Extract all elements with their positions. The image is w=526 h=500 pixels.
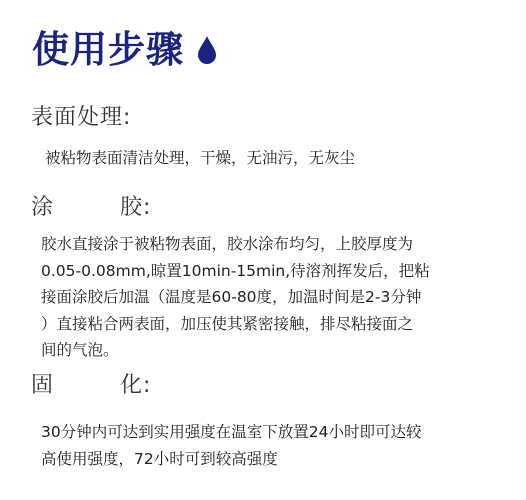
body-line: 接面涂胶后加温（温度是60-80度，加温时间是2-3分钟: [41, 284, 501, 311]
body-line: 被粘物表面清洁处理，干燥，无油污，无灰尘: [45, 145, 515, 171]
heading-text-a: 涂: [31, 195, 54, 220]
heading-text-b: 胶: [120, 195, 143, 220]
heading-text: 表面处理: [31, 105, 123, 130]
section-body-gluing: 胶水直接涂于被粘物表面，胶水涂布均匀，上胶厚度为 0.05-0.08mm,晾置1…: [41, 231, 501, 364]
section-body-curing: 30分钟内可达到实用强度在温室下放置24小时即可达较 高使用强度，72小时可到较…: [41, 419, 501, 472]
heading-text-a: 固: [31, 373, 54, 398]
title-text: 使用步骤: [32, 26, 184, 74]
heading-colon: :: [143, 373, 151, 398]
body-line: 间的气泡。: [41, 337, 501, 364]
body-line: 0.05-0.08mm,晾置10min-15min,待溶剂挥发后，把粘: [41, 258, 501, 285]
heading-colon: :: [123, 105, 131, 130]
section-heading-gluing: 涂胶:: [31, 193, 151, 223]
section-heading-curing: 固化:: [31, 371, 151, 401]
heading-text-b: 化: [120, 373, 143, 398]
water-drop-icon: [196, 35, 218, 65]
body-line: 高使用强度，72小时可到较高强度: [41, 446, 501, 473]
page-title: 使用步骤: [32, 26, 218, 74]
body-line: 30分钟内可达到实用强度在温室下放置24小时即可达较: [41, 419, 501, 446]
heading-colon: :: [143, 195, 151, 220]
body-line: ）直接粘合两表面，加压使其紧密接触，排尽粘接面之: [41, 311, 501, 338]
section-heading-surface-treatment: 表面处理:: [31, 103, 131, 133]
section-body-surface-treatment: 被粘物表面清洁处理，干燥，无油污，无灰尘: [45, 145, 515, 171]
body-line: 胶水直接涂于被粘物表面，胶水涂布均匀，上胶厚度为: [41, 231, 501, 258]
